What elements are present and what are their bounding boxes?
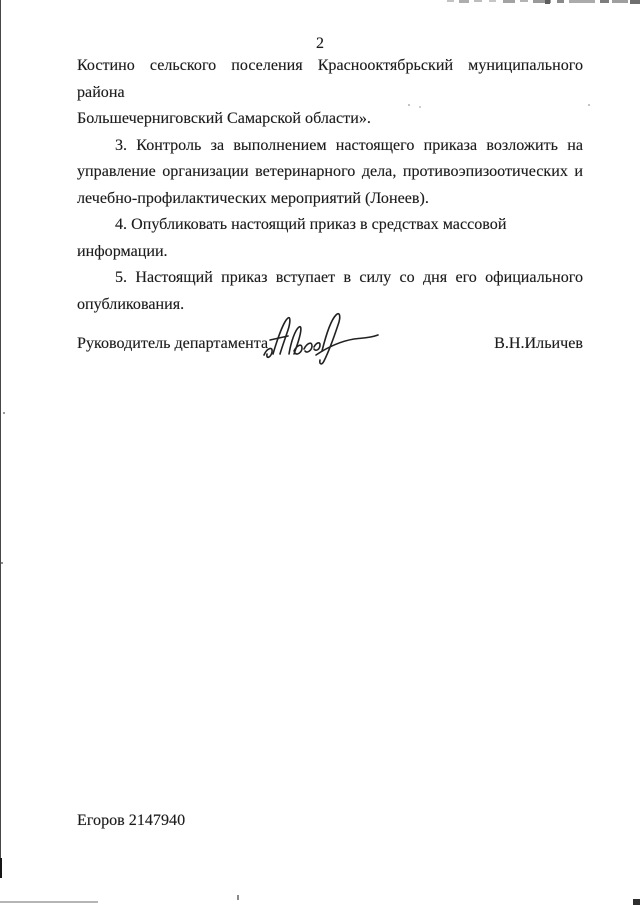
text-line: лечебно-профилактических мероприятий (Ло…: [77, 186, 583, 213]
signatory-name: В.Н.Ильичев: [494, 331, 583, 358]
scan-top-dash: [630, 0, 640, 4]
scan-edge-line: [0, 0, 1, 878]
scan-speck: [588, 104, 590, 106]
text-line: Костино сельского поселения Краснооктябр…: [77, 53, 583, 106]
page-number: 2: [0, 36, 640, 52]
scan-top-dash: [474, 0, 482, 2]
scan-top-dash: [569, 0, 595, 3]
scan-top-dash: [447, 0, 454, 2]
executor-reference: Егоров 2147940: [77, 808, 185, 835]
text-line: 4. Опубликовать настоящий приказ в средс…: [77, 212, 583, 265]
scanned-document-page: 2 Костино сельского поселения Краснооктя…: [0, 0, 640, 905]
scan-speck: [408, 104, 410, 106]
scan-top-dash: [459, 0, 469, 3]
handwritten-signature-icon: [258, 308, 382, 368]
scan-top-dash: [489, 0, 496, 2]
scan-top-dash: [557, 0, 564, 3]
scan-speck: [1, 562, 3, 564]
scan-top-dash: [600, 0, 609, 3]
text-line: 3. Контроль за выполнением настоящего пр…: [77, 133, 583, 160]
scan-speck: [419, 106, 421, 108]
document-body: Костино сельского поселения Краснооктябр…: [77, 53, 583, 318]
scan-top-dash: [545, 0, 550, 4]
signatory-title: Руководитель департамента: [77, 331, 268, 358]
text-line: управление организации ветеринарного дел…: [77, 159, 583, 186]
scan-top-dash: [503, 0, 515, 3]
scan-bottom-tick: [237, 895, 239, 900]
scan-top-dash: [612, 0, 628, 3]
scan-bottom-corner-mark: [633, 899, 640, 905]
scan-bottom-line: [0, 901, 98, 903]
scan-speck: [3, 412, 5, 414]
scan-top-dash: [520, 0, 528, 2]
text-line: 5. Настоящий приказ вступает в силу со д…: [77, 265, 583, 292]
scan-edge-mark: [0, 858, 2, 878]
text-line: Большечерниговский Самарской области».: [77, 106, 583, 133]
